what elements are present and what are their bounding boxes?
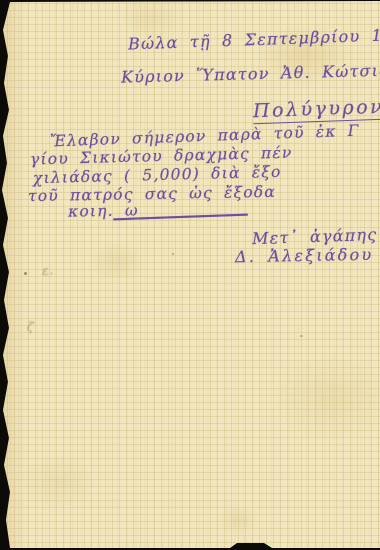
handwritten-place-underlined: Πολύγυρον <box>253 96 380 125</box>
foxing-speck <box>300 335 303 337</box>
handwritten-signature: Δ. Ἀλεξιάδου <box>235 245 374 266</box>
ink-speck <box>24 272 27 275</box>
ink-speck <box>172 253 174 255</box>
scanned-document-page: Βώλα τῇ 8 Σεπτεμβρίου 1 Κύριον Ὕπατον Ἀθ… <box>0 0 380 550</box>
faint-pencil-smudge: ζ <box>26 320 34 335</box>
faint-pencil-smudge: ε. <box>41 263 54 279</box>
